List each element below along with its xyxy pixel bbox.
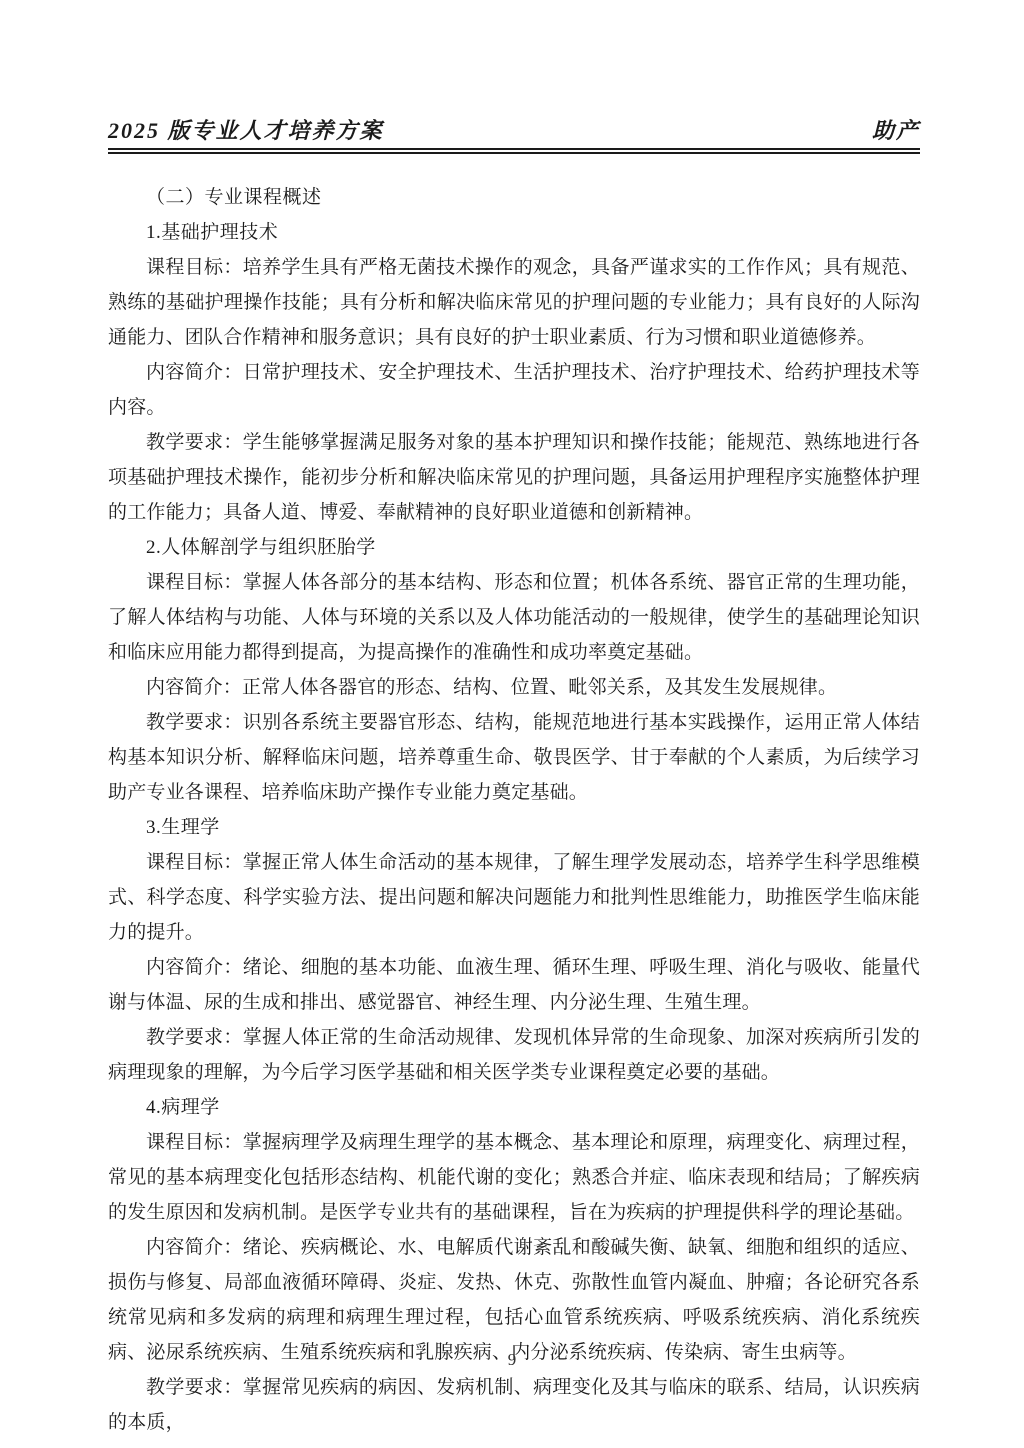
course-title: 4.病理学 xyxy=(108,1090,920,1125)
document-body: （二）专业课程概述 1.基础护理技术课程目标：培养学生具有严格无菌技术操作的观念… xyxy=(108,180,920,1440)
courses: 1.基础护理技术课程目标：培养学生具有严格无菌技术操作的观念，具备严谨求实的工作… xyxy=(108,215,920,1440)
course-paragraph: 内容简介：日常护理技术、安全护理技术、生活护理技术、治疗护理技术、给药护理技术等… xyxy=(108,355,920,425)
course-title: 3.生理学 xyxy=(108,810,920,845)
course-paragraph: 内容简介：正常人体各器官的形态、结构、位置、毗邻关系，及其发生发展规律。 xyxy=(108,670,920,705)
course-paragraph: 内容简介：绪论、细胞的基本功能、血液生理、循环生理、呼吸生理、消化与吸收、能量代… xyxy=(108,950,920,1020)
course-paragraph: 课程目标：掌握正常人体生命活动的基本规律，了解生理学发展动态，培养学生科学思维模… xyxy=(108,845,920,950)
header-title: 2025 版专业人才培养方案 xyxy=(108,114,384,145)
document-page: 2025 版专业人才培养方案 助产 （二）专业课程概述 1.基础护理技术课程目标… xyxy=(0,0,1024,1448)
page-header: 2025 版专业人才培养方案 助产 xyxy=(108,114,920,145)
course-paragraph: 课程目标：培养学生具有严格无菌技术操作的观念，具备严谨求实的工作作风；具有规范、… xyxy=(108,250,920,355)
course-title: 2.人体解剖学与组织胚胎学 xyxy=(108,530,920,565)
page-number: 9 xyxy=(508,1350,517,1369)
course-paragraph: 课程目标：掌握病理学及病理生理学的基本概念、基本理论和原理，病理变化、病理过程，… xyxy=(108,1125,920,1230)
header-double-rule xyxy=(108,148,920,154)
course-paragraph: 内容简介：绪论、疾病概论、水、电解质代谢紊乱和酸碱失衡、缺氧、细胞和组织的适应、… xyxy=(108,1230,920,1370)
course-paragraph: 教学要求：掌握人体正常的生命活动规律、发现机体异常的生命现象、加深对疾病所引发的… xyxy=(108,1020,920,1090)
header-program-label: 助产 xyxy=(872,114,920,145)
course-paragraph: 课程目标：掌握人体各部分的基本结构、形态和位置；机体各系统、器官正常的生理功能，… xyxy=(108,565,920,670)
page-footer: 9 xyxy=(0,1350,1024,1370)
course-paragraph: 教学要求：掌握常见疾病的病因、发病机制、病理变化及其与临床的联系、结局，认识疾病… xyxy=(108,1370,920,1440)
section-heading: （二）专业课程概述 xyxy=(108,180,920,215)
course-paragraph: 教学要求：识别各系统主要器官形态、结构，能规范地进行基本实践操作，运用正常人体结… xyxy=(108,705,920,810)
course-paragraph: 教学要求：学生能够掌握满足服务对象的基本护理知识和操作技能；能规范、熟练地进行各… xyxy=(108,425,920,530)
course-title: 1.基础护理技术 xyxy=(108,215,920,250)
